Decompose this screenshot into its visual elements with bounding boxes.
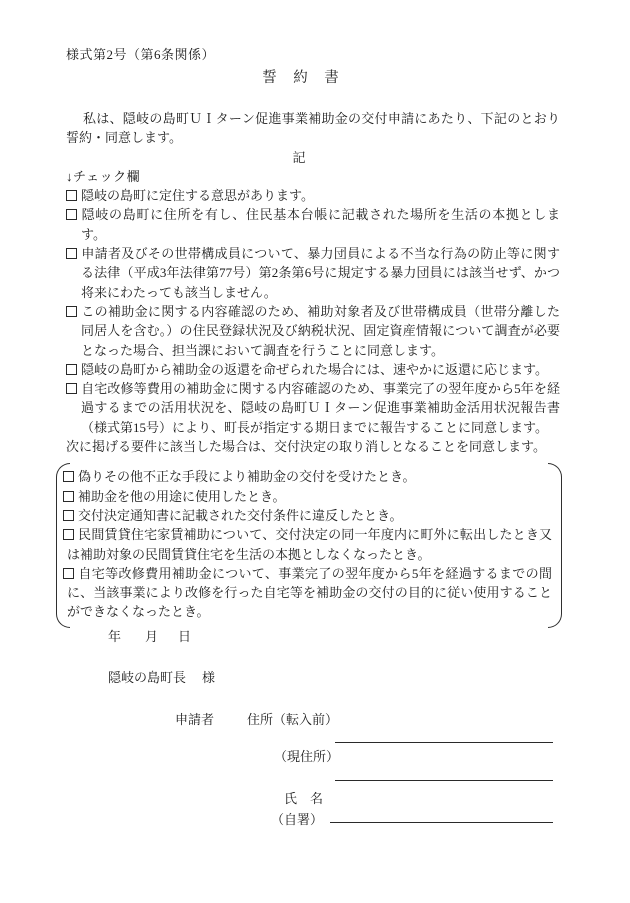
checkbox-icon — [66, 190, 77, 201]
checklist-item-text: 自宅改修等費用の補助金に関する内容確認のため、事業完了の翌年度から5年を経過する… — [81, 381, 560, 435]
checkbox-icon — [66, 383, 77, 394]
current-address-line — [335, 780, 553, 781]
left-bracket-icon — [56, 463, 70, 627]
date-year-label: 年 — [108, 627, 121, 646]
record-marker: 記 — [52, 148, 546, 167]
revocation-item-text: 補助金を他の用途に使用したとき。 — [78, 489, 285, 504]
name-label: 氏 名 — [284, 789, 323, 808]
revocation-item-text: 交付決定通知書に記載された交付条件に違反したとき。 — [78, 508, 402, 523]
right-bracket-icon — [548, 463, 562, 627]
revocation-conditions-box: 偽りその他不正な手段により補助金の交付を受けたとき。 補助金を他の用途に使用した… — [56, 463, 562, 627]
revocation-item: 補助金を他の用途に使用したとき。 — [63, 487, 552, 506]
revocation-item: 偽りその他不正な手段により補助金の交付を受けたとき。 — [63, 467, 552, 486]
checklist-item-text: この補助金に関する内容確認のため、補助対象者及び世帯構成員（世帯分離した同居人を… — [81, 304, 560, 358]
checklist-item: 隠岐の島町から補助金の返還を命ぜられた場合には、速やかに返還に応じます。 — [66, 360, 560, 379]
applicant-label: 申請者 — [175, 710, 214, 729]
checklist-item-text: 隠岐の島町に住所を有し、住民基本台帳に記載された場所を生活の本拠とします。 — [81, 207, 560, 241]
document-title: 誓 約 書 — [0, 68, 616, 88]
checklist-item-text: 申請者及びその世帯構成員について、暴力団員による不当な行為の防止等に関する法律（… — [81, 246, 560, 300]
checklist-item: 隠岐の島町に住所を有し、住民基本台帳に記載された場所を生活の本拠とします。 — [66, 205, 560, 244]
self-signature-label: （自署） — [271, 810, 323, 829]
revocation-item: 自宅等改修費用補助金について、事業完了の翌年度から5年を経過するまでの間に、当該… — [63, 564, 552, 622]
revocation-item-text: 自宅等改修費用補助金について、事業完了の翌年度から5年を経過するまでの間に、当該… — [67, 566, 552, 620]
address-before-line — [335, 742, 553, 743]
checklist-item-text: 隠岐の島町に定住する意思があります。 — [81, 188, 314, 203]
checklist-item-text: 隠岐の島町から補助金の返還を命ぜられた場合には、速やかに返還に応じます。 — [81, 362, 548, 377]
checkbox-icon — [66, 364, 77, 375]
addressee-honorific: 様 — [202, 668, 215, 687]
revocation-intro: 次に掲げる要件に該当した場合は、交付決定の取り消しとなることを同意します。 — [66, 437, 560, 456]
current-address-label: （現住所） — [274, 747, 339, 766]
checklist-header: ↓チェック欄 — [66, 167, 560, 186]
revocation-item-text: 民間賃貸住宅家賃補助について、交付決定の同一年度内に町外に転出したとき又は補助対… — [67, 527, 552, 561]
checklist-item: 自宅改修等費用の補助金に関する内容確認のため、事業完了の翌年度から5年を経過する… — [66, 379, 560, 437]
name-signature-line — [330, 822, 553, 823]
checklist-item: この補助金に関する内容確認のため、補助対象者及び世帯構成員（世帯分離した同居人を… — [66, 302, 560, 360]
pledge-document-page: 様式第2号（第6条関係） 誓 約 書 私は、隠岐の島町ＵＩターン促進事業補助金の… — [0, 0, 630, 903]
address-before-label: 住所（転入前） — [247, 710, 338, 729]
checkbox-icon — [66, 209, 77, 220]
revocation-item-text: 偽りその他不正な手段により補助金の交付を受けたとき。 — [78, 469, 415, 484]
form-number: 様式第2号（第6条関係） — [66, 46, 630, 64]
revocation-item: 交付決定通知書に記載された交付条件に違反したとき。 — [63, 506, 552, 525]
date-month-label: 月 — [145, 627, 158, 646]
checkbox-icon — [66, 248, 77, 259]
revocation-item: 民間賃貸住宅家賃補助について、交付決定の同一年度内に町外に転出したとき又は補助対… — [63, 525, 552, 564]
date-day-label: 日 — [178, 627, 191, 646]
intro-paragraph: 私は、隠岐の島町ＵＩターン促進事業補助金の交付申請にあたり、下記のとおり誓約・同… — [66, 109, 560, 148]
addressee-label: 隠岐の島町長 — [108, 668, 186, 687]
document-body: 私は、隠岐の島町ＵＩターン促進事業補助金の交付申請にあたり、下記のとおり誓約・同… — [66, 109, 560, 456]
checklist-item: 申請者及びその世帯構成員について、暴力団員による不当な行為の防止等に関する法律（… — [66, 244, 560, 302]
checklist-item: 隠岐の島町に定住する意思があります。 — [66, 186, 560, 205]
checkbox-icon — [66, 306, 77, 317]
